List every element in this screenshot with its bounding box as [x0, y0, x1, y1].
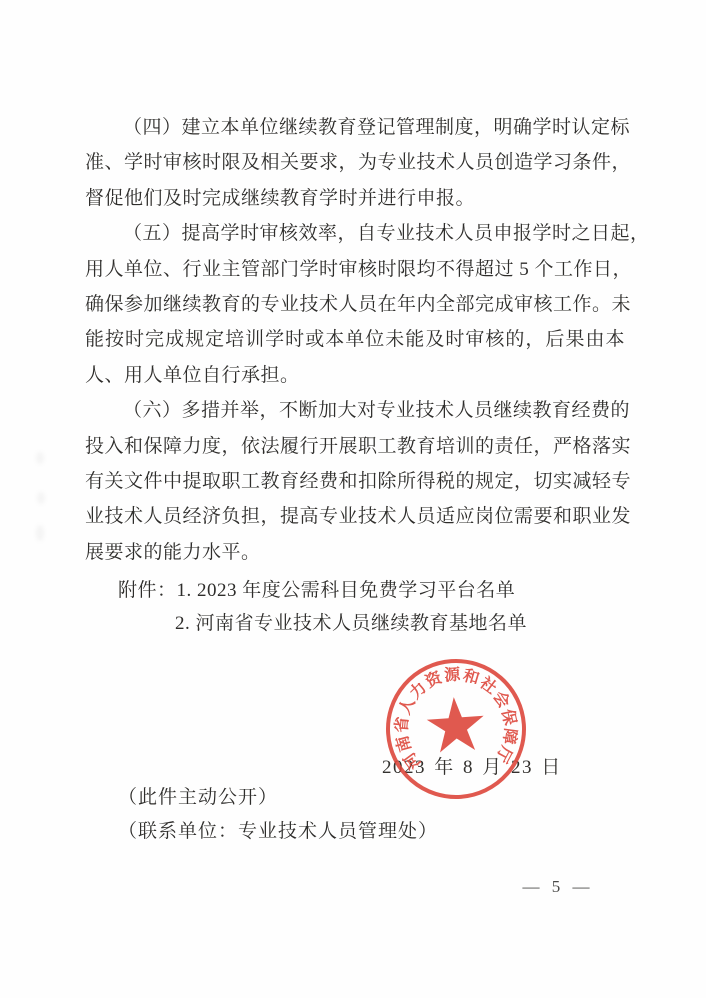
document-page: （四）建立本单位继续教育登记管理制度，明确学时认定标 准、学时审核时限及相关要求… — [0, 0, 706, 998]
document-body: （四）建立本单位继续教育登记管理制度，明确学时认定标 准、学时审核时限及相关要求… — [85, 110, 625, 570]
seal-ring-char: 力 — [407, 680, 430, 703]
seal-ring-char: 保 — [498, 708, 517, 727]
paragraph-wu: （五）提高学时审核效率，自专业技术人员申报学时之日起， 用人单位、行业主管部门学… — [85, 216, 625, 393]
attachment-item: 附件：1. 2023 年度公需科目免费学习平台名单 — [85, 574, 625, 607]
seal-ring-char: 南 — [395, 733, 415, 753]
seal-ring-char: 障 — [500, 727, 518, 745]
seal-ring-char: 资 — [424, 670, 445, 691]
paragraph-si: （四）建立本单位继续教育登记管理制度，明确学时认定标 准、学时审核时限及相关要求… — [85, 110, 625, 216]
paragraph-line: 准、学时审核时限及相关要求，为专业技术人员创造学习条件， — [85, 145, 625, 180]
red-star-icon — [371, 644, 542, 815]
paragraph-line: 确保参加继续教育的专业技术人员在年内全部完成审核工作。未 — [85, 287, 625, 322]
paragraph-line: 有关文件中提取职工教育经费和扣除所得税的规定，切实减轻专 — [85, 464, 625, 499]
paragraph-line: 督促他们及时完成继续教育学时并进行申报。 — [85, 181, 625, 216]
attachments-block: 附件：1. 2023 年度公需科目免费学习平台名单 2. 河南省专业技术人员继续… — [85, 574, 625, 640]
seal-ring-char: 社 — [476, 675, 498, 697]
seal-rotor: 河南省人力资源和社会保障厅 — [371, 644, 542, 815]
paragraph-line: 能按时完成规定培训学时或本单位未能及时审核的，后果由本 — [85, 322, 625, 357]
scan-artifact — [36, 525, 44, 541]
paragraph-line: 人、用人单位自行承担。 — [85, 358, 625, 393]
paragraph-line: 业技术人员经济负担，提高专业技术人员适应岗位需要和职业发 — [85, 499, 625, 534]
paragraph-line: （四）建立本单位继续教育登记管理制度，明确学时认定标 — [85, 110, 625, 145]
seal-ring-char: 源 — [444, 668, 461, 685]
paragraph-line: 投入和保障力度，依法履行开展职工教育培训的责任，严格落实 — [85, 429, 625, 464]
paragraph-line: （六）多措并举，不断加大对专业技术人员继续教育经费的 — [85, 393, 625, 428]
official-seal: 河南省人力资源和社会保障厅 — [376, 649, 536, 809]
scan-artifact — [36, 452, 44, 464]
issue-date: 2023 年 8 月 23 日 — [382, 752, 562, 779]
attachment-item: 2. 河南省专业技术人员继续教育基地名单 — [85, 607, 625, 640]
seal-ring-char: 省 — [395, 716, 412, 733]
scan-artifact — [37, 492, 45, 504]
paragraph-line: 展要求的能力水平。 — [85, 535, 625, 570]
paragraph-liu: （六）多措并举，不断加大对专业技术人员继续教育经费的 投入和保障力度，依法履行开… — [85, 393, 625, 570]
paragraph-line: 用人单位、行业主管部门学时审核时限均不得超过 5 个工作日， — [85, 252, 625, 287]
seal-ring-text: 河南省人力资源和社会保障厅 — [371, 644, 542, 815]
seal-ring-char: 和 — [461, 668, 481, 688]
contact-unit-note: （联系单位：专业技术人员管理处） — [118, 821, 438, 843]
seal-circle-icon — [381, 654, 530, 803]
paragraph-line: （五）提高学时审核效率，自专业技术人员申报学时之日起， — [85, 216, 625, 251]
disclosure-note: （此件主动公开） — [118, 787, 278, 809]
seal-ring-char: 会 — [489, 689, 511, 711]
seal-ring-char: 人 — [397, 696, 418, 717]
page-number: — 5 — — [508, 877, 608, 897]
